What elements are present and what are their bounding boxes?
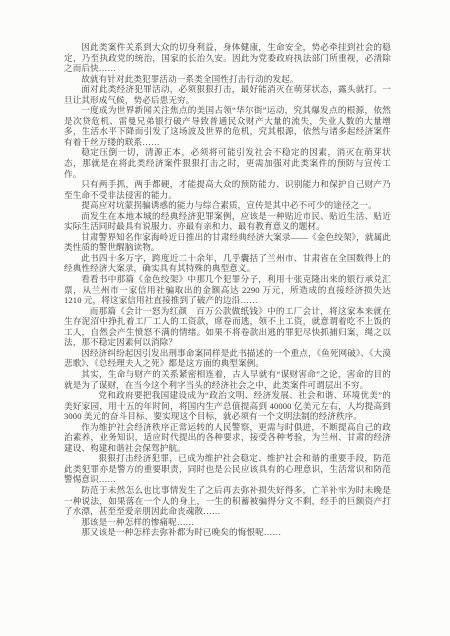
paragraph-16: 作为维护社会经济秩序正常运转的人民警察，更需与时俱进，不断提高自己的政治素养，业…: [64, 422, 391, 454]
paragraph-17: 狠狠打击经济犯罪，已成为维护社会稳定、维护社会和谐的重要手段，防范此类犯罪亦是警…: [64, 453, 391, 485]
text-block: 因此类案件关系到大众的切身利益，身体健康，生命安全，势必牵挂到社会的稳定，乃至执…: [64, 42, 391, 538]
paragraph-04: 一度成为世界新闻关注焦点的美国占领“华尔街”运动，究其爆发点的根源，依然是次贷危…: [64, 105, 391, 147]
paragraph-14: 其实，生命与财产的关系紧密相连着，古人早就有“谋财害命”之论，害命的目的就是为了…: [64, 369, 391, 390]
paragraph-06: 只有两手抓，两手都硬，才能提高大众的预防能力、识别能力和保护自己财产乃至生命不受…: [64, 179, 391, 200]
paragraph-15: 党和政府要把我国建设成为“政治文明、经济发展、社会和谐、环境优美”的美好家园，用…: [64, 390, 391, 422]
document-page: 因此类案件关系到大众的切身利益，身体健康，生命安全，势必牵挂到社会的稳定，乃至执…: [0, 0, 450, 636]
paragraph-10: 此书四十多万字，跨度近二十余年，几乎囊括了兰州市、甘肃省在全国数得上的经典性经济…: [64, 253, 391, 274]
paragraph-09: 甘肃警界知名作家海岭近日推出的甘肃经典经济大案录——《金色绞架》，就属此类性质的…: [64, 232, 391, 253]
paragraph-03: 面对此类经济犯罪活动，必须狠狠打击，最好能消灭在萌芽状态，露头就打。一旦让其形成…: [64, 84, 391, 105]
paragraph-13: 因经济纠纷起因引发出刑事命案同样是此书描述的一个重点，《鱼死网破》、《大漠悲歌》…: [64, 348, 391, 369]
paragraph-20: 那又该是一种怎样去弥补都为时已晚矣的悔恨呢……: [64, 527, 391, 538]
paragraph-19: 那该是一种怎样的惨痛呢……: [64, 517, 391, 528]
paragraph-11: 看看书中那篇《金色绞架》中那几个犯罪分子，利用十张克隆出来的银行承兑汇票，从兰州…: [64, 274, 391, 306]
paragraph-18: 防范于未然怎么也比事情发生了之后再去弥补损失好得多，亡羊补牢为时未晚是一种说法，…: [64, 485, 391, 517]
paragraph-12: 而那篇《会计一怒为红颜 百万公款做纸钱》中的工厂会计，将这家本来就在生存泥沼中挣…: [64, 306, 391, 348]
paragraph-02: 故就有针对此类犯罪活动一系类全国性打击行动的发起。: [64, 74, 391, 85]
paragraph-08: 而发生在本地本城的经典经济犯罪案例，应该是一种贴近市民、贴近生活、贴近实际生活同…: [64, 211, 391, 232]
paragraph-05: 稳定压倒一切，清源正本，必须将可能引发社会不稳定的因素，消灭在萌芽状态，那就是在…: [64, 147, 391, 179]
paragraph-07: 提高应对坑蒙拐骗诱惑的能力与综合素质，宣传是其中必不可少的途径之一。: [64, 200, 391, 211]
paragraph-01: 因此类案件关系到大众的切身利益，身体健康，生命安全，势必牵挂到社会的稳定，乃至执…: [64, 42, 391, 74]
